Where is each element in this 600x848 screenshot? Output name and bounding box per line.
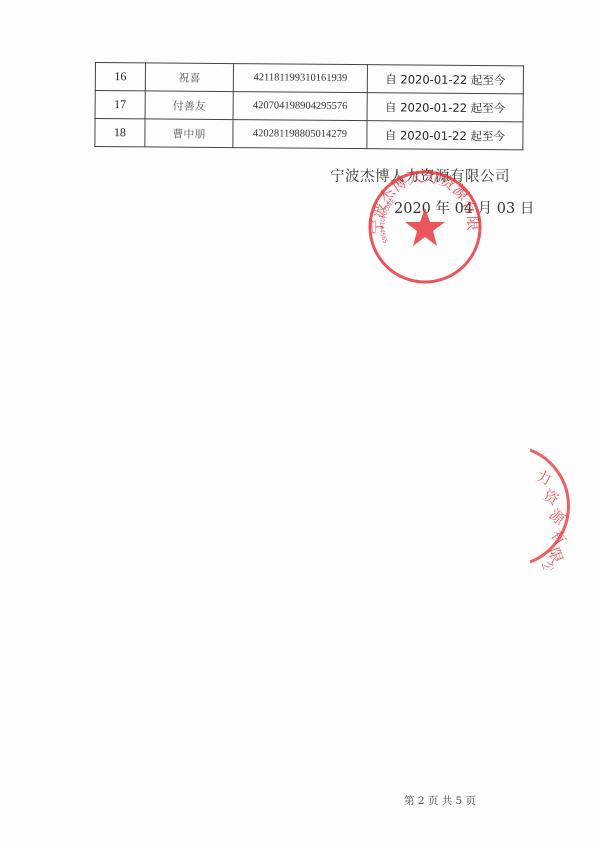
employment-period: 自 2020-01-22 起至今 [367, 93, 523, 122]
seam-seal-icon: 力 资 源 有 限 公 [500, 440, 600, 570]
table-row: 17 付善友 420704198904295576 自 2020-01-22 起… [95, 91, 523, 122]
employee-table: 16 祝喜 421181199310161939 自 2020-01-22 起至… [94, 62, 524, 150]
employee-table-container: 16 祝喜 421181199310161939 自 2020-01-22 起至… [94, 62, 521, 150]
svg-text:公: 公 [538, 560, 555, 570]
row-number: 16 [95, 63, 145, 91]
svg-text:资: 资 [540, 486, 563, 510]
row-number: 18 [95, 119, 145, 147]
table-row: 16 祝喜 421181199310161939 自 2020-01-22 起至… [95, 63, 523, 94]
employee-name: 曹中朋 [145, 119, 233, 148]
employee-name: 祝喜 [145, 63, 233, 92]
id-number: 421181199310161939 [233, 64, 367, 93]
svg-text:力: 力 [534, 467, 554, 489]
document-page: 16 祝喜 421181199310161939 自 2020-01-22 起至… [0, 0, 600, 848]
table-row: 18 曹中朋 420281198805014279 自 2020-01-22 起… [95, 119, 523, 150]
row-number: 17 [95, 91, 145, 119]
employment-period: 自 2020-01-22 起至今 [367, 65, 523, 94]
employee-name: 付善友 [145, 91, 233, 120]
company-seal-icon: 宁波杰博人力资源有限公司 3302040144565 [366, 168, 484, 286]
page-number: 第 2 页 共 5 页 [404, 793, 476, 808]
id-number: 420281198805014279 [233, 120, 367, 149]
id-number: 420704198904295576 [233, 92, 367, 121]
employment-period: 自 2020-01-22 起至今 [367, 121, 523, 150]
